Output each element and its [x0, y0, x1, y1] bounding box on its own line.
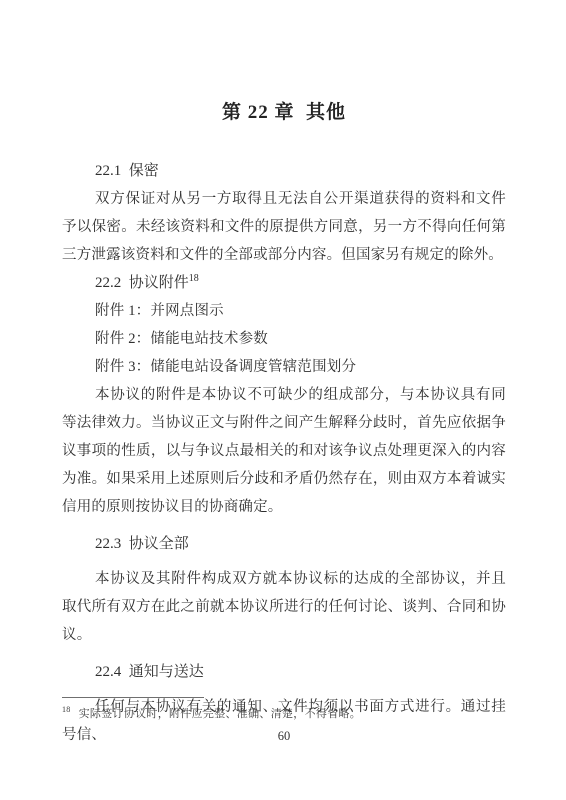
section-22-3-paragraph: 本协议及其附件构成双方就本协议标的达成的全部协议，并且取代所有双方在此之前就本协…: [62, 565, 506, 649]
attachment-item-3: 附件 3：储能电站设备调度管辖范围划分: [62, 353, 506, 381]
section-heading-22-1: 22.1 保密: [62, 157, 506, 185]
section-heading-22-4: 22.4 通知与送达: [62, 658, 506, 686]
chapter-title: 第 22 章 其他: [62, 97, 506, 124]
page-number: 60: [62, 729, 506, 744]
footnote: 18实际签订协议时，附件应完整、准确、清楚，不得省略。: [62, 705, 506, 721]
footnote-marker: 18: [62, 705, 71, 714]
document-page: 第 22 章 其他 22.1 保密 双方保证对从另一方取得且无法自公开渠道获得的…: [0, 0, 566, 800]
section-22-1-paragraph: 双方保证对从另一方取得且无法自公开渠道获得的资料和文件予以保密。未经该资料和文件…: [62, 185, 506, 269]
section-heading-22-2-text: 22.2 协议附件: [95, 275, 189, 291]
footnote-separator-rule: [62, 697, 204, 698]
section-heading-22-2: 22.2 协议附件18: [62, 269, 506, 297]
footnote-text: 实际签订协议时，附件应完整、准确、清楚，不得省略。: [79, 708, 362, 720]
attachment-item-1: 附件 1：并网点图示: [62, 297, 506, 325]
section-heading-22-3: 22.3 协议全部: [62, 530, 506, 558]
page-footer: 18实际签订协议时，附件应完整、准确、清楚，不得省略。 60: [62, 697, 506, 744]
section-22-2-paragraph: 本协议的附件是本协议不可缺少的组成部分，与本协议具有同等法律效力。当协议正文与附…: [62, 381, 506, 521]
footnote-reference-superscript: 18: [189, 273, 199, 284]
attachment-item-2: 附件 2：储能电站技术参数: [62, 325, 506, 353]
